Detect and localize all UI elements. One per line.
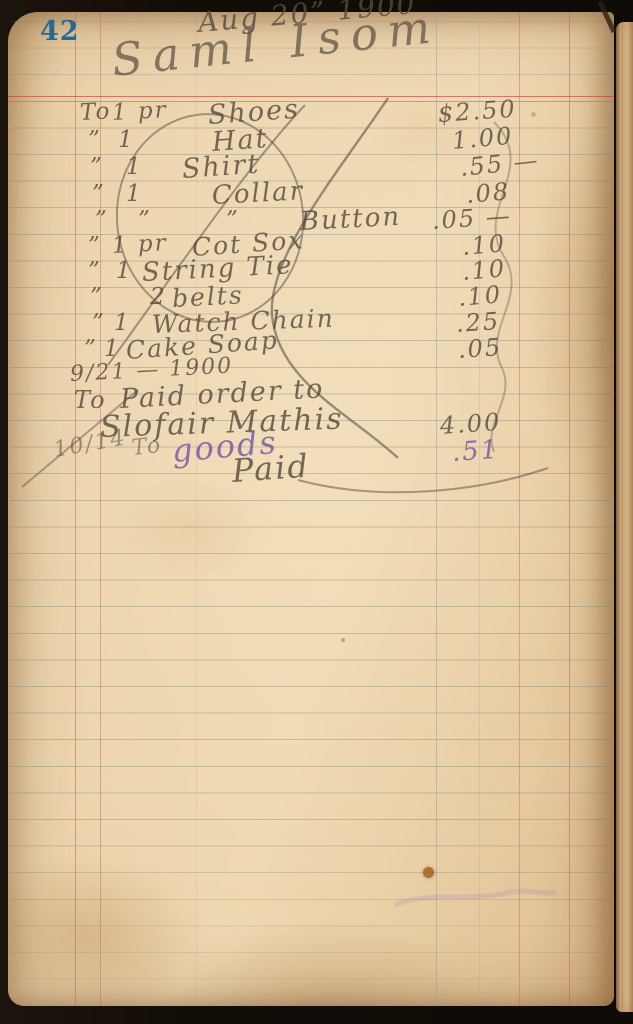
entry-date-prefix: ” <box>95 207 109 233</box>
entry-item: Collar <box>211 176 305 211</box>
page-number: 42 <box>40 16 80 47</box>
entry-qty: 1 pr <box>111 230 168 259</box>
entry-date-prefix: ” <box>88 258 102 284</box>
entry-date-prefix: ” <box>90 284 104 310</box>
entry-item: Button <box>299 202 402 237</box>
entry-date-prefix: ” <box>90 154 104 180</box>
entry-date-prefix: ” <box>88 127 102 153</box>
entry-qty: 1 <box>116 258 133 284</box>
entry-qty: 2 <box>150 284 167 310</box>
paid-note: Paid <box>231 447 311 490</box>
entry-date-prefix: ” <box>92 181 106 207</box>
entry-row: ” 1 Watch Chain .25 <box>0 310 633 338</box>
entry-row: ” ” ” Button .05 — <box>0 207 633 235</box>
entry-qty: 1 <box>104 336 121 362</box>
second-to: To <box>131 433 164 461</box>
entry-qty: 1 pr <box>111 97 168 126</box>
entry-row: To 1 pr Shoes $2.50 <box>0 100 633 128</box>
entry-row: ” 1 Collar .08 <box>0 181 633 209</box>
entry-date-prefix: ” <box>88 233 102 259</box>
entry-qty: 1 <box>118 127 135 153</box>
entry-qty: ” <box>138 207 152 233</box>
entry-qty: 1 <box>114 310 131 336</box>
goods-amount: .51 <box>451 435 500 468</box>
entry-row: ” 1 String Tie .10 <box>0 258 633 286</box>
entry-date-prefix: ” <box>84 336 98 362</box>
entry-date-prefix: ” <box>92 310 106 336</box>
entry-row: ” 1 Shirt .55 — <box>0 154 633 182</box>
ledger-scan: 42 Aug 20” 1900 Saml Isom To 1 pr Shoes … <box>0 0 633 1024</box>
header-rule-red-top <box>8 96 614 97</box>
entry-amount: .05 <box>457 333 503 364</box>
entry-qty: 1 <box>126 154 143 180</box>
entry-row: ” 1 pr Cot Sox .10 <box>0 233 633 261</box>
entry-date-prefix: To <box>79 98 112 126</box>
entry-qty: 1 <box>126 181 143 207</box>
